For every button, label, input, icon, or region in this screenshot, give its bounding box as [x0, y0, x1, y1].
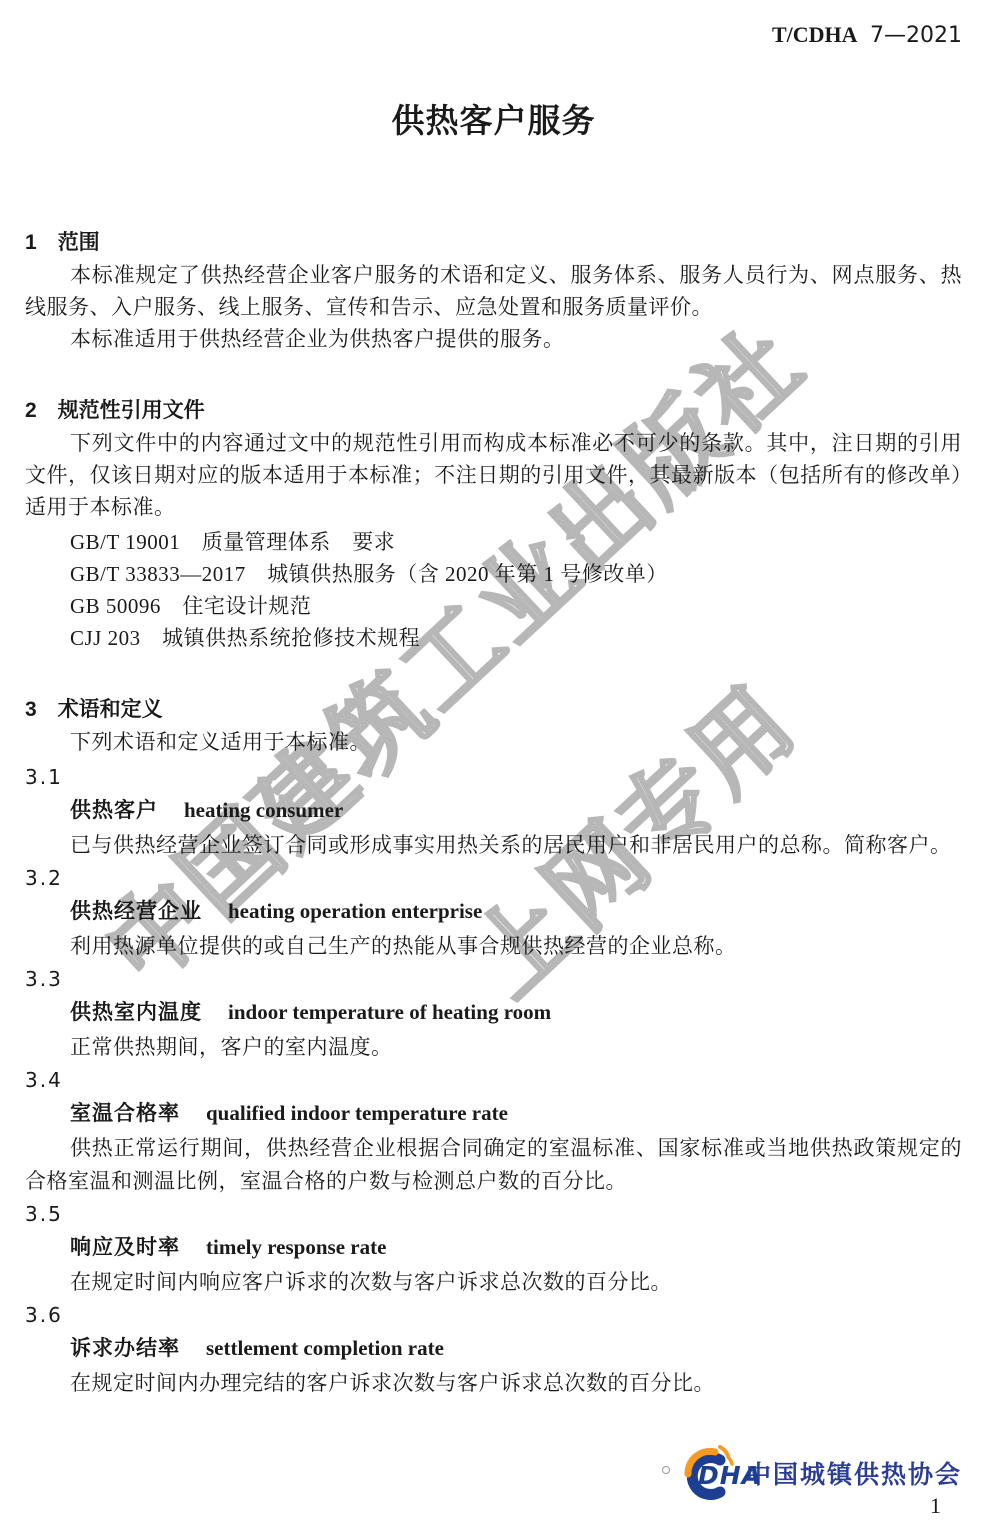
- term-zh: 室温合格率: [70, 1102, 180, 1125]
- term-en: indoor temperature of heating room: [228, 1000, 551, 1024]
- term-en: heating consumer: [184, 798, 343, 822]
- reference-item: GB/T 33833—2017 城镇供热服务（含 2020 年第 1 号修改单）: [25, 558, 962, 590]
- reference-item: GB/T 19001 质量管理体系 要求: [25, 526, 962, 558]
- term-zh: 供热室内温度: [70, 1001, 202, 1024]
- term-number: 3.2: [25, 862, 962, 895]
- section-1-heading: 1范围: [25, 227, 962, 259]
- term-definition: 供热正常运行期间，供热经营企业根据合同确定的室温标准、国家标准或当地供热政策规定…: [25, 1132, 962, 1198]
- section-3-heading: 3术语和定义: [25, 694, 962, 726]
- term-title: 响应及时率timely response rate: [25, 1231, 962, 1266]
- section-1-number: 1: [25, 227, 37, 259]
- doc-code-suffix: 7—2021: [870, 23, 962, 48]
- term-number: 3.3: [25, 963, 962, 996]
- term-zh: 供热经营企业: [70, 900, 202, 923]
- terms-list: 3.1 供热客户heating consumer 已与供热经营企业签订合同或形成…: [25, 761, 962, 1400]
- cdha-logo-text: DHA: [698, 1461, 762, 1490]
- section-1-paragraph-1: 本标准规定了供热经营企业客户服务的术语和定义、服务体系、服务人员行为、网点服务、…: [25, 259, 962, 323]
- term-definition: 利用热源单位提供的或自己生产的热能从事合规供热经营的企业总称。: [25, 930, 962, 963]
- term-definition: 正常供热期间，客户的室内温度。: [25, 1031, 962, 1064]
- term-definition: 已与供热经营企业签订合同或形成事实用热关系的居民用户和非居民用户的总称。简称客户…: [25, 829, 962, 862]
- section-2-number: 2: [25, 395, 37, 427]
- term-definition: 在规定时间内响应客户诉求的次数与客户诉求总次数的百分比。: [25, 1266, 962, 1299]
- section-2-paragraph-1: 下列文件中的内容通过文中的规范性引用而构成本标准必不可少的条款。其中，注日期的引…: [25, 427, 962, 523]
- logo-ring-icon: [662, 1466, 670, 1474]
- section-3-number: 3: [25, 694, 37, 726]
- term-zh: 诉求办结率: [70, 1337, 180, 1360]
- reference-item: CJJ 203 城镇供热系统抢修技术规程: [25, 622, 962, 654]
- section-3-intro: 下列术语和定义适用于本标准。: [25, 726, 962, 758]
- term-number: 3.4: [25, 1064, 962, 1097]
- section-1-paragraph-2: 本标准适用于供热经营企业为供热客户提供的服务。: [25, 323, 962, 355]
- term-en: settlement completion rate: [206, 1336, 444, 1360]
- section-2-heading: 2规范性引用文件: [25, 395, 962, 427]
- term-number: 3.6: [25, 1299, 962, 1332]
- term-title: 室温合格率qualified indoor temperature rate: [25, 1097, 962, 1132]
- term-number: 3.1: [25, 761, 962, 794]
- page-number: 1: [930, 1493, 941, 1519]
- reference-item: GB 50096 住宅设计规范: [25, 590, 962, 622]
- term-en: timely response rate: [206, 1235, 386, 1259]
- doc-code-header: T/CDHA 7—2021: [25, 0, 962, 49]
- term-en: heating operation enterprise: [228, 899, 482, 923]
- term-title: 供热室内温度indoor temperature of heating room: [25, 996, 962, 1031]
- section-3-title: 术语和定义: [58, 698, 163, 721]
- association-name: 中国城镇供热协会: [746, 1455, 962, 1491]
- term-en: qualified indoor temperature rate: [206, 1101, 508, 1125]
- section-1-title: 范围: [58, 231, 100, 254]
- term-zh: 响应及时率: [70, 1236, 180, 1259]
- term-zh: 供热客户: [70, 799, 158, 822]
- term-title: 诉求办结率settlement completion rate: [25, 1332, 962, 1367]
- term-number: 3.5: [25, 1198, 962, 1231]
- cdha-logo: DHA 中国城镇供热协会: [676, 1444, 962, 1502]
- document-page: 中国建筑工业出版社 上网专用 T/CDHA 7—2021 供热客户服务 1范围 …: [0, 0, 987, 1527]
- page-content: T/CDHA 7—2021 供热客户服务 1范围 本标准规定了供热经营企业客户服…: [0, 0, 987, 1400]
- term-definition: 在规定时间内办理完结的客户诉求次数与客户诉求总次数的百分比。: [25, 1367, 962, 1400]
- cdha-logo-mark: DHA: [676, 1444, 738, 1502]
- page-title: 供热客户服务: [25, 99, 962, 143]
- normative-references-list: GB/T 19001 质量管理体系 要求 GB/T 33833—2017 城镇供…: [25, 526, 962, 654]
- doc-code-prefix: T/CDHA: [772, 22, 858, 47]
- section-2-title: 规范性引用文件: [58, 399, 205, 422]
- term-title: 供热客户heating consumer: [25, 794, 962, 829]
- term-title: 供热经营企业heating operation enterprise: [25, 895, 962, 930]
